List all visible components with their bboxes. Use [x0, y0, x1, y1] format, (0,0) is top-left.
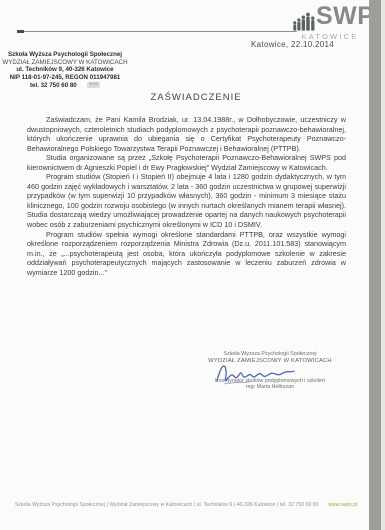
- sender-phone-line: tel. 32 750 60 80 K36: [2, 82, 128, 90]
- body-paragraph: Studia organizowane są przez „Szkołę Psy…: [27, 153, 346, 172]
- stamp-badge: K36: [87, 82, 100, 88]
- sender-name: Szkoła Wyższa Psychologii Społecznej: [2, 51, 128, 59]
- footer-address: Szkoła Wyższa Psychologii Społecznej | W…: [15, 502, 315, 508]
- sender-phone: tel. 32 750 60 80: [30, 82, 77, 89]
- document-body: Zaświadczam, że Pani Kamila Brodziak, ur…: [27, 115, 346, 277]
- header-rule-tick: [17, 30, 24, 33]
- scanner-artifact-edge: [381, 0, 385, 530]
- header-rule: [20, 31, 297, 32]
- scanned-certificate-page: SWPS KATOWICE Katowice, 22.10.2014 Szkoł…: [0, 0, 385, 530]
- sender-department: WYDZIAŁ ZAMIEJSCOWY W KATOWICACH: [2, 59, 128, 67]
- body-paragraph: Program studiów spełnia wymogi określone…: [27, 230, 346, 278]
- document-dateline: Katowice, 22.10.2014: [251, 40, 334, 49]
- page-title: ZAŚWIADCZENIE: [0, 92, 385, 103]
- scanner-artifact-bar: [369, 0, 381, 530]
- sender-street: ul. Techników 9, 40-326 Katowice: [2, 66, 128, 74]
- handwritten-signature: [212, 360, 298, 388]
- body-paragraph: Zaświadczam, że Pani Kamila Brodziak, ur…: [27, 115, 346, 153]
- swps-people-icon: [292, 10, 316, 31]
- sender-address-stamp: Szkoła Wyższa Psychologii Społecznej WYD…: [2, 51, 128, 90]
- footer-website: www.swps.pl: [328, 502, 357, 508]
- body-paragraph: Program studiów (Stopień I i Stopień II)…: [27, 172, 346, 229]
- stamp-org-name: Szkoła Wyższa Psychologii Społecznej: [203, 351, 337, 358]
- sender-nip-regon: NIP 118-01-97-245, REGON 011947981: [2, 74, 128, 82]
